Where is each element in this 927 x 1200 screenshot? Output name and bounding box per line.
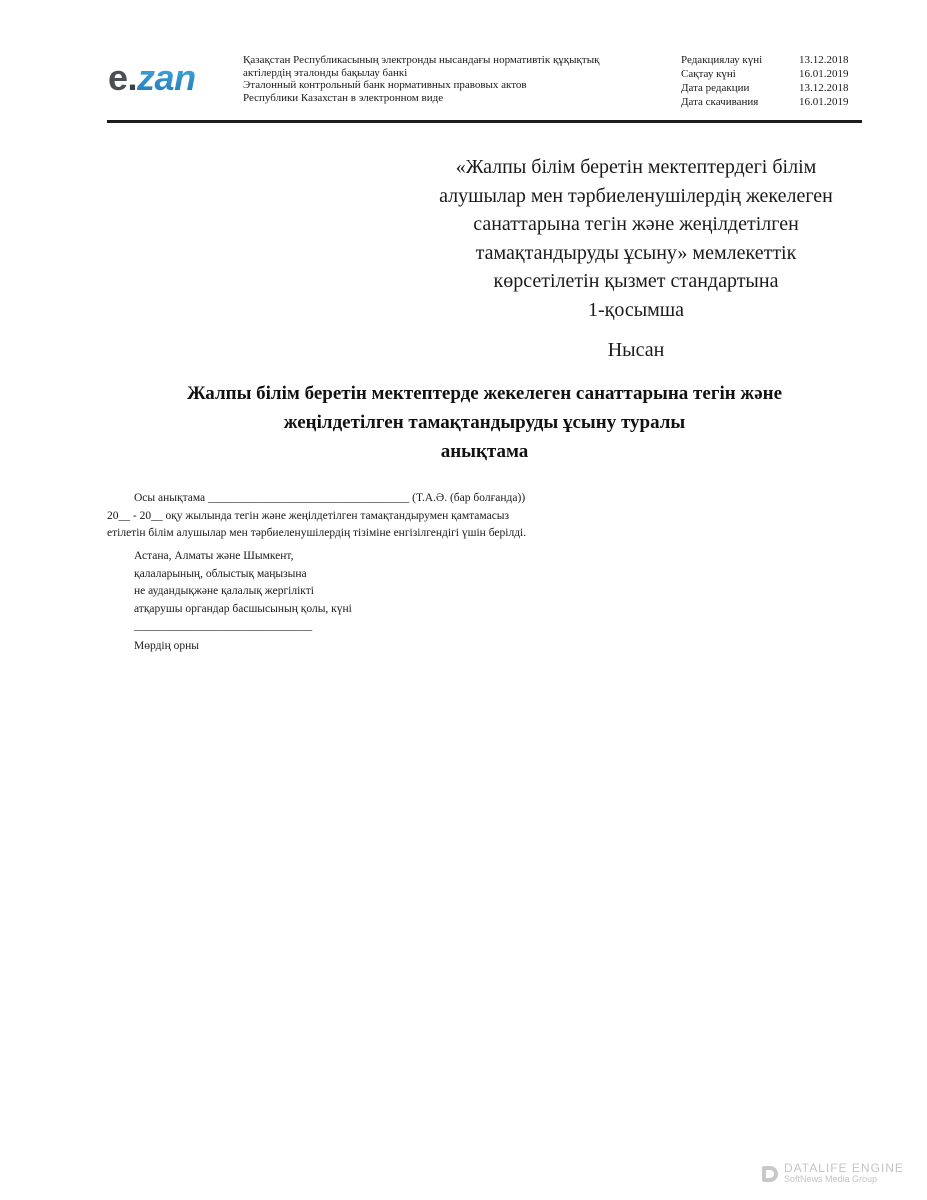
- logo-dot: .: [128, 57, 138, 98]
- meta-label: Редакциялау күні: [681, 53, 799, 67]
- header-description-line: актілердің эталонды бақылау банкі: [243, 67, 599, 80]
- signature-line: не аудандықжәне қалалық жергілікті: [134, 583, 352, 601]
- form-label: Нысан: [410, 336, 862, 364]
- logo-e: e: [108, 57, 128, 98]
- body-line: Осы анықтама ___________________________…: [107, 490, 607, 508]
- certificate-body: Осы анықтама ___________________________…: [107, 490, 607, 543]
- annex-line: «Жалпы білім беретін мектептердегі білім: [410, 153, 862, 182]
- title-line: анықтама: [107, 437, 862, 466]
- annex-line: санаттарына тегін және жеңілдетілген: [410, 210, 862, 239]
- meta-label: Дата скачивания: [681, 95, 799, 109]
- annex-line: тамақтандыруды ұсыну» мемлекеттік: [410, 239, 862, 268]
- header-description-line: Қазақстан Республикасының электронды ныс…: [243, 54, 599, 67]
- watermark-brand: DataLife Engine: [784, 1162, 904, 1174]
- meta-value: 16.01.2019: [799, 67, 869, 81]
- meta-value: 13.12.2018: [799, 53, 869, 67]
- signature-line: Астана, Алматы және Шымкент,: [134, 548, 352, 566]
- watermark-sub: SoftNews Media Group: [784, 1174, 904, 1185]
- header-description: Қазақстан Республикасының электронды ныс…: [243, 54, 599, 104]
- watermark-text: DataLife Engine SoftNews Media Group: [784, 1162, 904, 1185]
- ezan-logo: e.zan: [108, 58, 196, 98]
- datalife-watermark: DataLife Engine SoftNews Media Group: [762, 1162, 904, 1185]
- meta-label: Сақтау күні: [681, 67, 799, 81]
- document-title: Жалпы білім беретін мектептерде жекелеге…: [107, 379, 862, 466]
- meta-row-save-date-kz: Сақтау күні 16.01.2019: [681, 67, 869, 81]
- signature-line: қалаларының, облыстық маңызына: [134, 566, 352, 584]
- header-meta-table: Редакциялау күні 13.12.2018 Сақтау күні …: [681, 53, 869, 109]
- header-divider: [107, 120, 862, 123]
- annex-reference: «Жалпы білім беретін мектептердегі білім…: [410, 153, 862, 325]
- signature-blank: _______________________________: [134, 618, 352, 638]
- body-line: етілетін білім алушылар мен тәрбиеленуші…: [107, 525, 607, 543]
- meta-value: 13.12.2018: [799, 81, 869, 95]
- signature-line: атқарушы органдар басшысының қолы, күні: [134, 601, 352, 619]
- datalife-logo-icon: [762, 1166, 778, 1182]
- header-description-line: Эталонный контрольный банк нормативных п…: [243, 79, 599, 92]
- logo-zan: zan: [137, 57, 196, 98]
- annex-line: алушылар мен тәрбиеленушілердің жекелеге…: [410, 182, 862, 211]
- body-line: 20__ - 20__ оқу жылында тегін және жеңіл…: [107, 508, 607, 526]
- signature-block: Астана, Алматы және Шымкент, қалаларының…: [134, 548, 352, 656]
- meta-row-edit-date-ru: Дата редакции 13.12.2018: [681, 81, 869, 95]
- stamp-place-label: Мөрдің орны: [134, 638, 352, 656]
- meta-row-download-date-ru: Дата скачивания 16.01.2019: [681, 95, 869, 109]
- title-line: Жалпы білім беретін мектептерде жекелеге…: [107, 379, 862, 408]
- annex-line: көрсетілетін қызмет стандартына: [410, 267, 862, 296]
- annex-line: 1-қосымша: [410, 296, 862, 325]
- meta-label: Дата редакции: [681, 81, 799, 95]
- header-description-line: Республики Казахстан в электронном виде: [243, 92, 599, 105]
- meta-value: 16.01.2019: [799, 95, 869, 109]
- meta-row-edit-date-kz: Редакциялау күні 13.12.2018: [681, 53, 869, 67]
- title-line: жеңілдетілген тамақтандыруды ұсыну турал…: [107, 408, 862, 437]
